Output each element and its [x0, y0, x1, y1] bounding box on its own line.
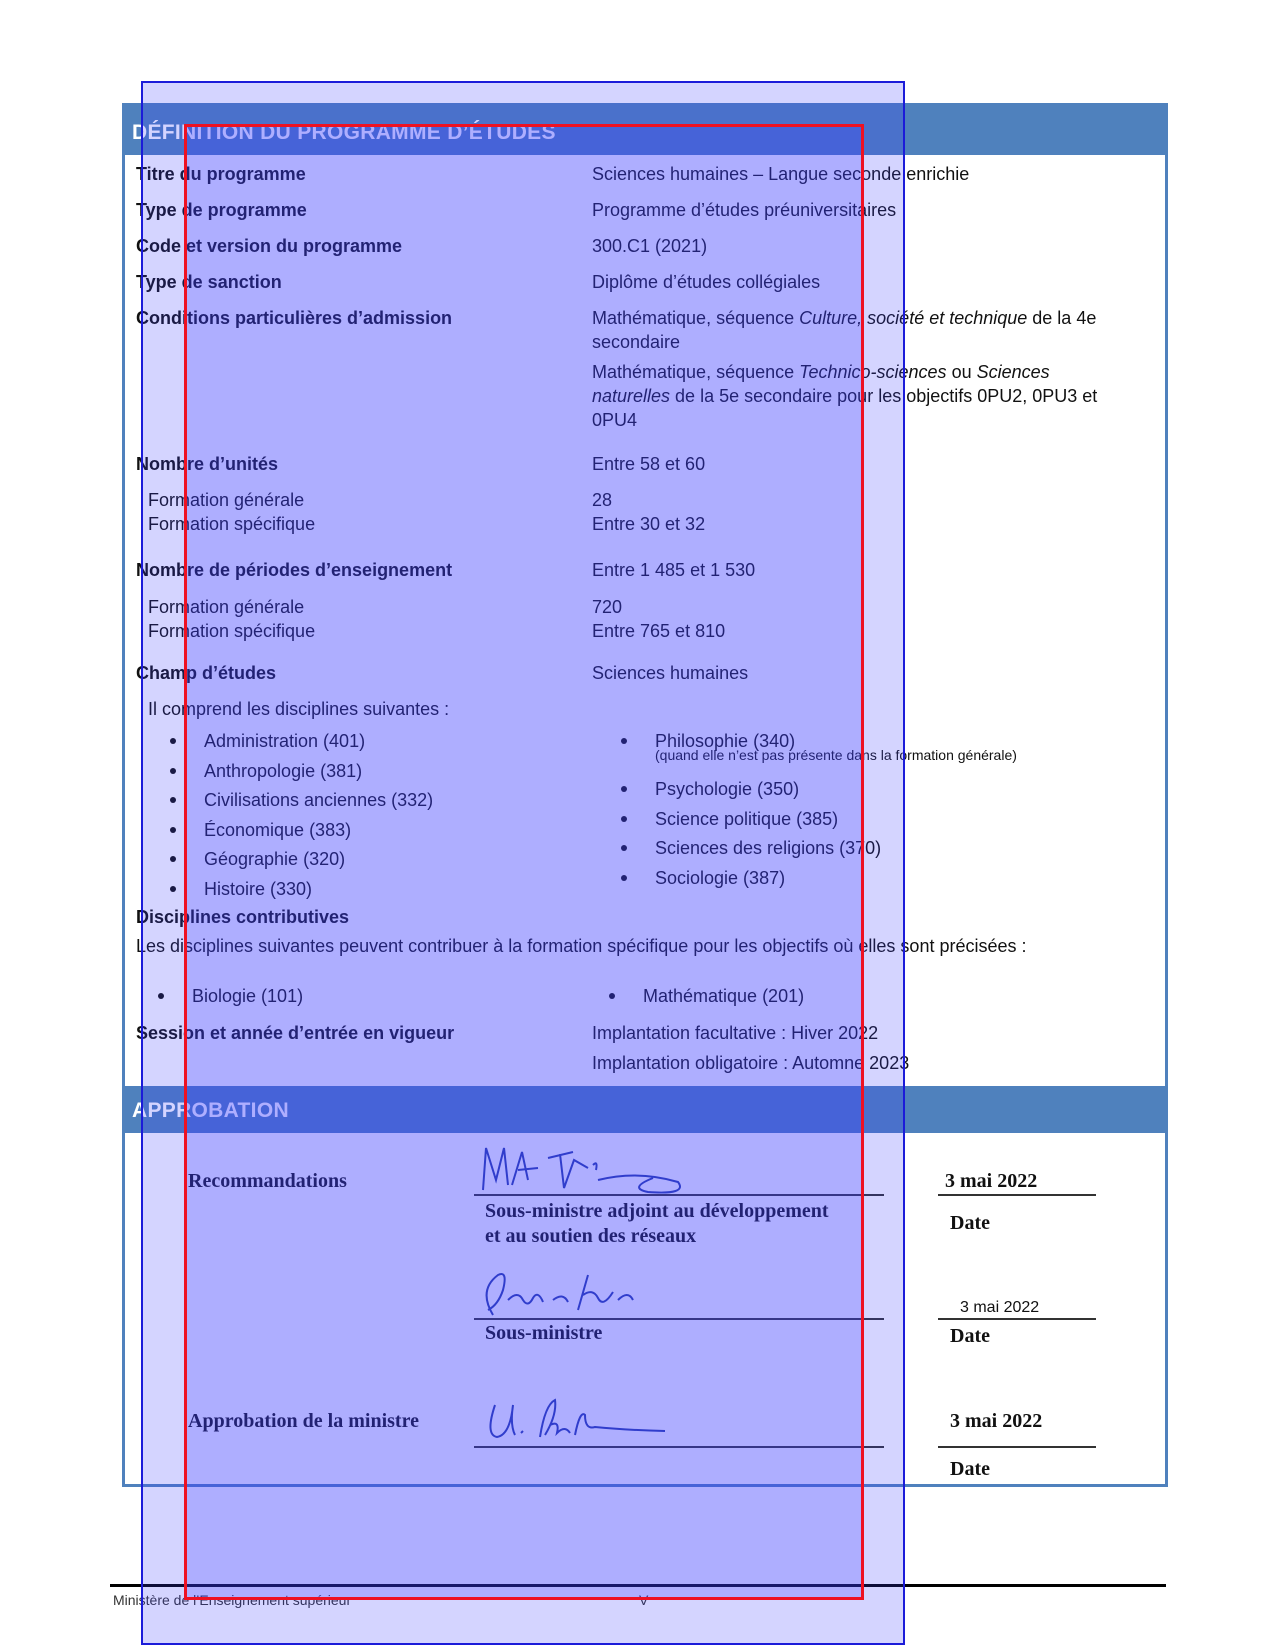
program-type-value: Programme d’études préuniversitaires [592, 198, 1122, 222]
units-value: Entre 58 et 60 [592, 452, 1122, 476]
philosophy-note: (quand elle n’est pas présente dans la f… [655, 747, 1017, 763]
discipline-item: Science politique (385) [655, 807, 838, 831]
periods-general-label: Formation générale [148, 595, 304, 619]
discipline-item: Sciences des religions (370) [655, 836, 881, 860]
units-label: Nombre d’unités [136, 452, 278, 476]
contributive-label: Disciplines contributives [136, 905, 349, 929]
sanction-type-label: Type de sanction [136, 270, 282, 294]
discipline-item: Psychologie (350) [655, 777, 799, 801]
bullet-icon [170, 738, 176, 744]
discipline-item: Histoire (330) [204, 877, 312, 901]
date-line-1 [938, 1194, 1096, 1196]
units-general-value: 28 [592, 488, 1122, 512]
definition-title: DÉFINITION DU PROGRAMME D’ÉTUDES [132, 121, 556, 145]
program-code-value: 300.C1 (2021) [592, 234, 1122, 258]
field-value: Sciences humaines [592, 661, 1122, 685]
discipline-item: Économique (383) [204, 818, 351, 842]
bullet-icon [170, 827, 176, 833]
session-value-mandatory: Implantation obligatoire : Automne 2023 [592, 1051, 1122, 1075]
date-2-label: Date [950, 1325, 990, 1348]
footer-ministry: Ministère de l’Enseignement supérieur [113, 1592, 351, 1608]
admission-label: Conditions particulières d’admission [136, 306, 452, 330]
bullet-icon [170, 768, 176, 774]
signer-2-title: Sous-ministre [485, 1322, 602, 1345]
page-number: V [639, 1592, 648, 1608]
date-3-value: 3 mai 2022 [950, 1410, 1042, 1433]
approbation-section-header: APPROBATION [122, 1086, 1168, 1133]
bullet-icon [621, 845, 627, 851]
admission-condition-2: Mathématique, séquence Technico-sciences… [592, 360, 1122, 432]
contributive-item: Biologie (101) [192, 984, 303, 1008]
signature-2-icon [478, 1270, 658, 1320]
contributive-text: Les disciplines suivantes peuvent contri… [136, 934, 1066, 958]
date-1-value: 3 mai 2022 [945, 1170, 1037, 1193]
signer-1-title-line-1: Sous-ministre adjoint au développement [485, 1200, 829, 1223]
date-2-value: 3 mai 2022 [960, 1299, 1039, 1317]
program-title-label: Titre du programme [136, 162, 306, 186]
signer-1-title-line-2: et au soutien des réseaux [485, 1225, 696, 1248]
program-code-label: Code et version du programme [136, 234, 402, 258]
discipline-item: Sociologie (387) [655, 866, 785, 890]
bullet-icon [621, 738, 627, 744]
field-label: Champ d’études [136, 661, 276, 685]
bullet-icon [170, 886, 176, 892]
approbation-title: APPROBATION [132, 1099, 289, 1123]
bullet-icon [609, 993, 615, 999]
program-type-label: Type de programme [136, 198, 307, 222]
periods-label: Nombre de périodes d’enseignement [136, 558, 452, 582]
contributive-item: Mathématique (201) [643, 984, 804, 1008]
discipline-item: Géographie (320) [204, 847, 345, 871]
signature-line-1 [474, 1194, 884, 1196]
signature-1-icon [478, 1140, 708, 1200]
signature-line-2 [474, 1318, 884, 1320]
signature-line-3 [474, 1446, 884, 1448]
periods-specific-value: Entre 765 et 810 [592, 619, 1122, 643]
periods-value: Entre 1 485 et 1 530 [592, 558, 1122, 582]
date-1-label: Date [950, 1212, 990, 1235]
signature-3-icon [485, 1395, 675, 1445]
discipline-item: Anthropologie (381) [204, 759, 362, 783]
discipline-item: Civilisations anciennes (332) [204, 788, 433, 812]
bullet-icon [170, 797, 176, 803]
program-title-value: Sciences humaines – Langue seconde enric… [592, 162, 1122, 186]
recommandations-label: Recommandations [188, 1170, 347, 1193]
bullet-icon [170, 856, 176, 862]
date-3-label: Date [950, 1458, 990, 1481]
units-specific-label: Formation spécifique [148, 512, 315, 536]
bullet-icon [621, 816, 627, 822]
periods-specific-label: Formation spécifique [148, 619, 315, 643]
bullet-icon [621, 786, 627, 792]
periods-general-value: 720 [592, 595, 1122, 619]
session-label: Session et année d’entrée en vigueur [136, 1021, 454, 1045]
date-line-3 [938, 1446, 1096, 1448]
units-general-label: Formation générale [148, 488, 304, 512]
sanction-type-value: Diplôme d’études collégiales [592, 270, 1122, 294]
discipline-item: Administration (401) [204, 729, 365, 753]
field-intro: Il comprend les disciplines suivantes : [148, 697, 449, 721]
footer-rule [110, 1584, 1166, 1587]
bullet-icon [158, 993, 164, 999]
session-value-optional: Implantation facultative : Hiver 2022 [592, 1021, 1122, 1045]
date-line-2 [938, 1318, 1096, 1320]
definition-section-header: DÉFINITION DU PROGRAMME D’ÉTUDES [122, 103, 1168, 155]
minister-approval-label: Approbation de la ministre [188, 1410, 419, 1433]
units-specific-value: Entre 30 et 32 [592, 512, 1122, 536]
admission-condition-1: Mathématique, séquence Culture, société … [592, 306, 1122, 354]
bullet-icon [621, 875, 627, 881]
